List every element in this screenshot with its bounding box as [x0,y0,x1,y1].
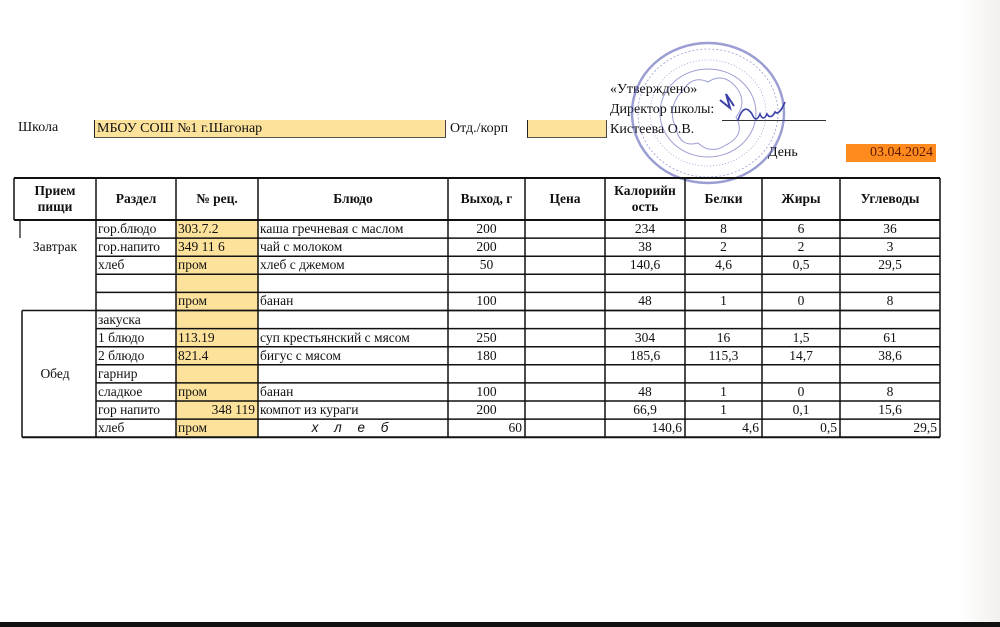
cell-recipe: 821.4 [176,347,258,365]
cell-carbs: 3 [840,238,940,256]
column-header-fat: Жиры [762,178,840,220]
cell-yield [448,274,525,292]
cell-calories: 140,6 [605,256,685,274]
cell-carbs [840,274,940,292]
cell-yield: 200 [448,238,525,256]
signature-line [722,120,826,121]
cell-recipe [176,311,258,329]
cell-carbs: 8 [840,292,940,310]
cell-protein: 16 [685,329,762,347]
cell-price [525,311,605,329]
cell-calories: 66,9 [605,401,685,419]
cell-price [525,365,605,383]
cell-section [96,274,176,292]
director-name: Кистеева О.В. [610,122,694,138]
cell-yield: 50 [448,256,525,274]
cell-price [525,383,605,401]
cell-yield: 100 [448,383,525,401]
cell-carbs: 29,5 [840,256,940,274]
cell-dish: банан [258,292,448,310]
cell-calories: 234 [605,220,685,238]
cell-carbs: 61 [840,329,940,347]
cell-section: хлеб [96,419,176,437]
cell-carbs [840,311,940,329]
cell-protein: 2 [685,238,762,256]
cell-dish [258,274,448,292]
cell-fat: 0,5 [762,419,840,437]
cell-dish: компот из кураги [258,401,448,419]
cell-yield: 180 [448,347,525,365]
cell-price [525,401,605,419]
cell-calories: 48 [605,383,685,401]
cell-fat [762,311,840,329]
cell-yield: 60 [448,419,525,437]
cell-recipe: пром [176,383,258,401]
cell-carbs: 36 [840,220,940,238]
meal-label-0: Завтрак [14,220,96,311]
scan-bottom-edge [0,622,1000,627]
school-label: Школа [18,120,58,136]
column-header-recipe: № рец. [176,178,258,220]
cell-fat: 0 [762,383,840,401]
cell-protein: 8 [685,220,762,238]
cell-calories [605,274,685,292]
cell-fat: 0 [762,292,840,310]
cell-protein [685,274,762,292]
column-header-protein: Белки [685,178,762,220]
cell-protein: 1 [685,292,762,310]
cell-dish: суп крестьянский с мясом [258,329,448,347]
cell-section: 2 блюдо [96,347,176,365]
column-header-section: Раздел [96,178,176,220]
page-edge-shadow [960,0,1000,627]
day-label: День [768,145,798,161]
cell-yield [448,365,525,383]
cell-dish [258,311,448,329]
cell-calories: 48 [605,292,685,310]
cell-fat: 6 [762,220,840,238]
cell-recipe: 348 119 [176,401,258,419]
cell-dish: банан [258,383,448,401]
cell-yield [448,311,525,329]
cell-recipe: 303.7.2 [176,220,258,238]
cell-calories [605,311,685,329]
cell-protein: 4,6 [685,256,762,274]
cell-carbs: 38,6 [840,347,940,365]
school-field: МБОУ СОШ №1 г.Шагонар [94,120,446,138]
date-field: 03.04.2024 [846,144,936,162]
director-label: Директор школы: [610,102,714,118]
cell-recipe: пром [176,419,258,437]
column-header-price: Цена [525,178,605,220]
cell-protein: 1 [685,401,762,419]
cell-calories: 304 [605,329,685,347]
cell-protein: 115,3 [685,347,762,365]
cell-dish: х л е б [258,419,448,437]
cell-price [525,329,605,347]
cell-price [525,419,605,437]
cell-dish [258,365,448,383]
cell-dish: каша гречневая с маслом [258,220,448,238]
cell-protein [685,365,762,383]
cell-fat: 2 [762,238,840,256]
cell-price [525,292,605,310]
cell-section: гарнир [96,365,176,383]
cell-section: закуска [96,311,176,329]
cell-fat: 14,7 [762,347,840,365]
otd-label: Отд./корп [450,121,508,137]
cell-price [525,256,605,274]
cell-recipe: пром [176,292,258,310]
cell-carbs: 15,6 [840,401,940,419]
cell-recipe [176,274,258,292]
cell-yield: 100 [448,292,525,310]
cell-protein: 1 [685,383,762,401]
cell-section: сладкое [96,383,176,401]
column-header-carbs: Углеводы [840,178,940,220]
cell-recipe: пром [176,256,258,274]
signature-icon [738,102,785,120]
column-header-yield: Выход, г [448,178,525,220]
cell-calories: 140,6 [605,419,685,437]
cell-carbs: 8 [840,383,940,401]
cell-dish: чай с молоком [258,238,448,256]
cell-section: хлеб [96,256,176,274]
cell-dish: бигус с мясом [258,347,448,365]
cell-yield: 250 [448,329,525,347]
cell-calories [605,365,685,383]
cell-section: гор напито [96,401,176,419]
cell-price [525,220,605,238]
cell-calories: 38 [605,238,685,256]
cell-section: 1 блюдо [96,329,176,347]
cell-price [525,274,605,292]
cell-calories: 185,6 [605,347,685,365]
cell-carbs: 29,5 [840,419,940,437]
cell-price [525,238,605,256]
cell-recipe: 349 11 6 [176,238,258,256]
cell-recipe: 113.19 [176,329,258,347]
cell-fat: 0,1 [762,401,840,419]
cell-price [525,347,605,365]
cell-fat: 0,5 [762,256,840,274]
cell-protein [685,311,762,329]
column-header-dish: Блюдо [258,178,448,220]
cell-section: гор.блюдо [96,220,176,238]
cell-recipe [176,365,258,383]
cell-yield: 200 [448,401,525,419]
cell-section [96,292,176,310]
cell-yield: 200 [448,220,525,238]
approved-label: «Утверждено» [610,82,697,98]
cell-dish: хлеб с джемом [258,256,448,274]
otd-field [527,120,607,138]
cell-fat: 1,5 [762,329,840,347]
cell-fat [762,274,840,292]
column-header-calories: Калорийн ость [605,178,685,220]
column-header-meal: Прием пищи [14,178,96,220]
cell-section: гор.напито [96,238,176,256]
cell-protein: 4,6 [685,419,762,437]
meal-label-1: Обед [14,311,96,438]
cell-carbs [840,365,940,383]
cell-fat [762,365,840,383]
